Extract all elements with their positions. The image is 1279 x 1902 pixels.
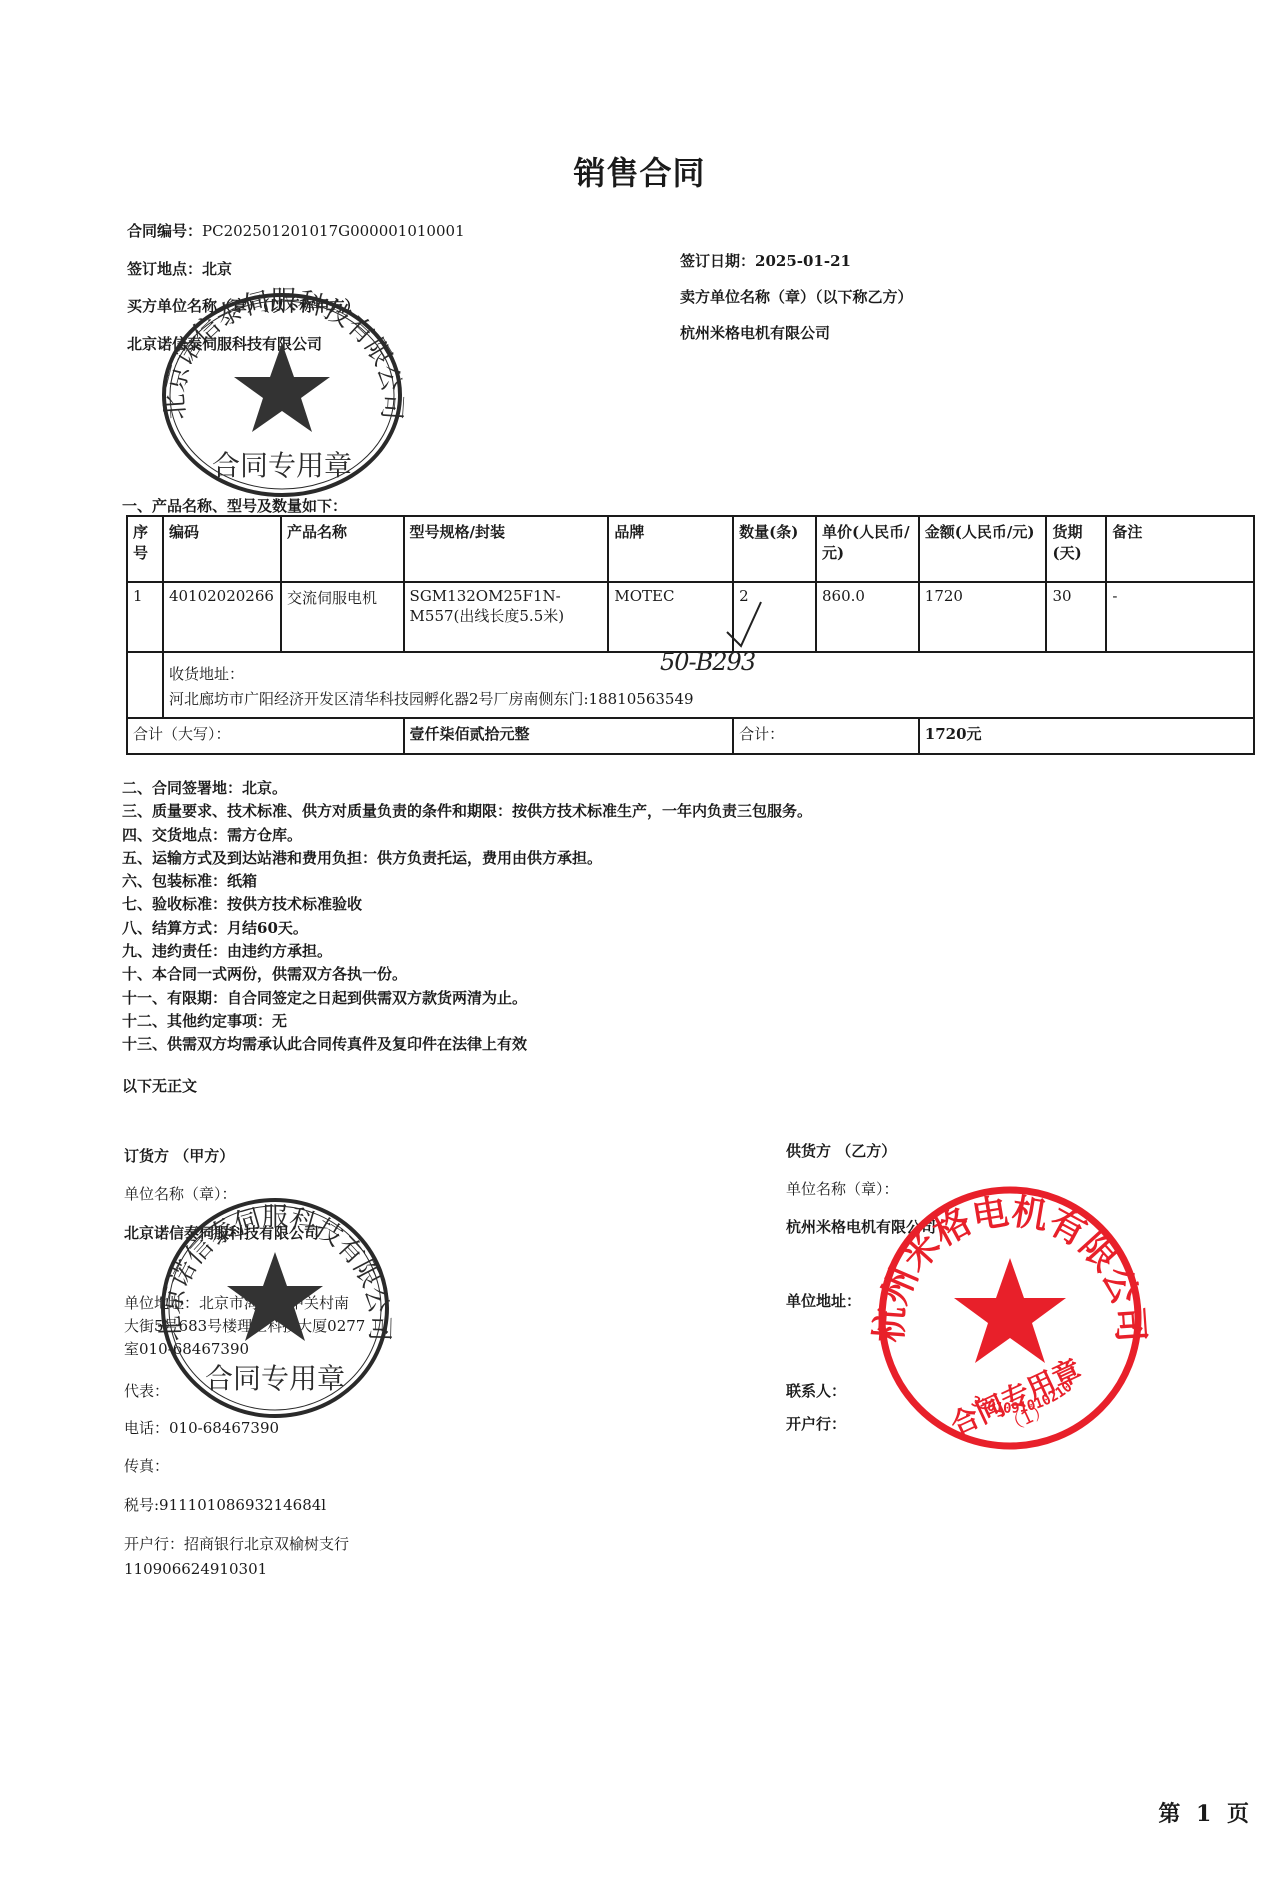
total-caps-label: 合计（大写）： (127, 718, 404, 754)
header-amount: 金额(人民币/元) (919, 516, 1047, 582)
clause-item: 十三、供需双方均需承认此合同传真件及复印件在法律上有效 (122, 1033, 812, 1056)
cell-remark: - (1106, 582, 1254, 652)
handwritten-note: 50-B293 (660, 648, 755, 676)
contract-number-value: PC202501201017G000001010001 (202, 222, 465, 240)
buyer-heading: 订货方 （甲方） (124, 1145, 234, 1166)
clause-item: 六、包装标准：纸箱 (122, 870, 812, 893)
total-row: 合计（大写）： 壹仟柒佰贰拾元整 合计： 1720元 (127, 718, 1254, 754)
clause-item: 十一、有限期：自合同签定之日起到供需双方款货两清为止。 (122, 987, 812, 1010)
clause-item: 九、违约责任：由违约方承担。 (122, 940, 812, 963)
clause-item: 十二、其他约定事项：无 (122, 1010, 812, 1033)
sign-date-label: 签订日期： (680, 252, 755, 270)
document-title: 销售合同 (0, 148, 1279, 194)
clause-item: 三、质量要求、技术标准、供方对质量负责的条件和期限：按供方技术标准生产，一年内负… (122, 800, 812, 823)
total-caps-value: 壹仟柒佰贰拾元整 (404, 718, 734, 754)
seller-label: 卖方单位名称（章）（以下称乙方） (680, 286, 913, 307)
clause-item: 八、结算方式：月结60天。 (122, 917, 812, 940)
clause-item: 五、运输方式及到达站港和费用负担：供方负责托运，费用由供方承担。 (122, 847, 812, 870)
header-code: 编码 (163, 516, 281, 582)
page-number: 第 1 页 (1158, 1797, 1253, 1828)
cell-lead-time: 30 (1046, 582, 1106, 652)
header-lead-time: 货期(天) (1046, 516, 1106, 582)
header-brand: 品牌 (608, 516, 733, 582)
cell-amount: 1720 (919, 582, 1047, 652)
buyer-bank: 开户行：招商银行北京双榆树支行 (124, 1533, 349, 1554)
buyer-phone: 电话：010-68467390 (124, 1417, 279, 1438)
product-table: 序号 编码 产品名称 型号规格/封装 品牌 数量(条) 单价(人民币/元) 金额… (126, 515, 1255, 755)
table-header-row: 序号 编码 产品名称 型号规格/封装 品牌 数量(条) 单价(人民币/元) 金额… (127, 516, 1254, 582)
cell-product-name: 交流伺服电机 (281, 582, 404, 652)
cell-unit-price: 860.0 (816, 582, 919, 652)
buyer-seal-bottom-icon: 北京诺信泰伺服科技有限公司 合同专用章 (150, 1190, 400, 1420)
clause-item: 七、验收标准：按供方技术标准验收 (122, 893, 812, 916)
header-remark: 备注 (1106, 516, 1254, 582)
header-quantity: 数量(条) (733, 516, 816, 582)
total-value: 1720元 (919, 718, 1254, 754)
table-row: 1 40102020266 交流伺服电机 SGM132OM25F1N-M557(… (127, 582, 1254, 652)
buyer-tax-number: 税号:91110108693214684l (124, 1494, 326, 1515)
sign-date: 签订日期：2025-01-21 (680, 250, 851, 271)
seller-contact-label: 联系人： (786, 1380, 846, 1401)
buyer-fax: 传真： (124, 1455, 169, 1476)
checkmark-icon (725, 600, 765, 650)
buyer-seal-center-text: 合同专用章 (212, 449, 352, 482)
header-index: 序号 (127, 516, 163, 582)
sign-date-value: 2025-01-21 (755, 252, 851, 270)
sign-place-label: 签订地点： (127, 260, 202, 278)
clause-item: 十、本合同一式两份，供需双方各执一份。 (122, 963, 812, 986)
contract-number: 合同编号：PC202501201017G000001010001 (127, 220, 465, 241)
end-note: 以下无正文 (122, 1075, 197, 1096)
clause-item: 二、合同签署地：北京。 (122, 777, 812, 800)
buyer-seal-bottom-center-text: 合同专用章 (205, 1362, 345, 1395)
sign-place-value: 北京 (202, 260, 232, 278)
contract-number-label: 合同编号： (127, 222, 202, 240)
buyer-account: 110906624910301 (124, 1560, 267, 1578)
total-label: 合计： (733, 718, 919, 754)
sign-place: 签订地点：北京 (127, 258, 232, 279)
seller-heading: 供货方 （乙方） (786, 1140, 896, 1161)
header-model: 型号规格/封装 (404, 516, 609, 582)
seller-name: 杭州米格电机有限公司 (680, 322, 830, 343)
cell-model: SGM132OM25F1N-M557(出线长度5.5米) (404, 582, 609, 652)
cell-index: 1 (127, 582, 163, 652)
seller-bank-label: 开户行： (786, 1413, 846, 1434)
seller-seal-icon: 杭州米格电机有限公司 合同专用章 （1） 3301091010210 (870, 1178, 1150, 1458)
clauses-list: 二、合同签署地：北京。 三、质量要求、技术标准、供方对质量负责的条件和期限：按供… (122, 777, 812, 1057)
clause-item: 四、交货地点：需方仓库。 (122, 824, 812, 847)
seller-address-label: 单位地址： (786, 1290, 861, 1311)
cell-code: 40102020266 (163, 582, 281, 652)
address-blank-cell (127, 652, 163, 718)
header-product-name: 产品名称 (281, 516, 404, 582)
address-value: 河北廊坊市广阳经济开发区清华科技园孵化器2号厂房南侧东门:18810563549 (169, 688, 1248, 709)
buyer-seal-top-icon: 北京诺信泰伺服科技有限公司 合同专用章 (152, 285, 412, 500)
header-unit-price: 单价(人民币/元) (816, 516, 919, 582)
cell-brand: MOTEC (608, 582, 733, 652)
